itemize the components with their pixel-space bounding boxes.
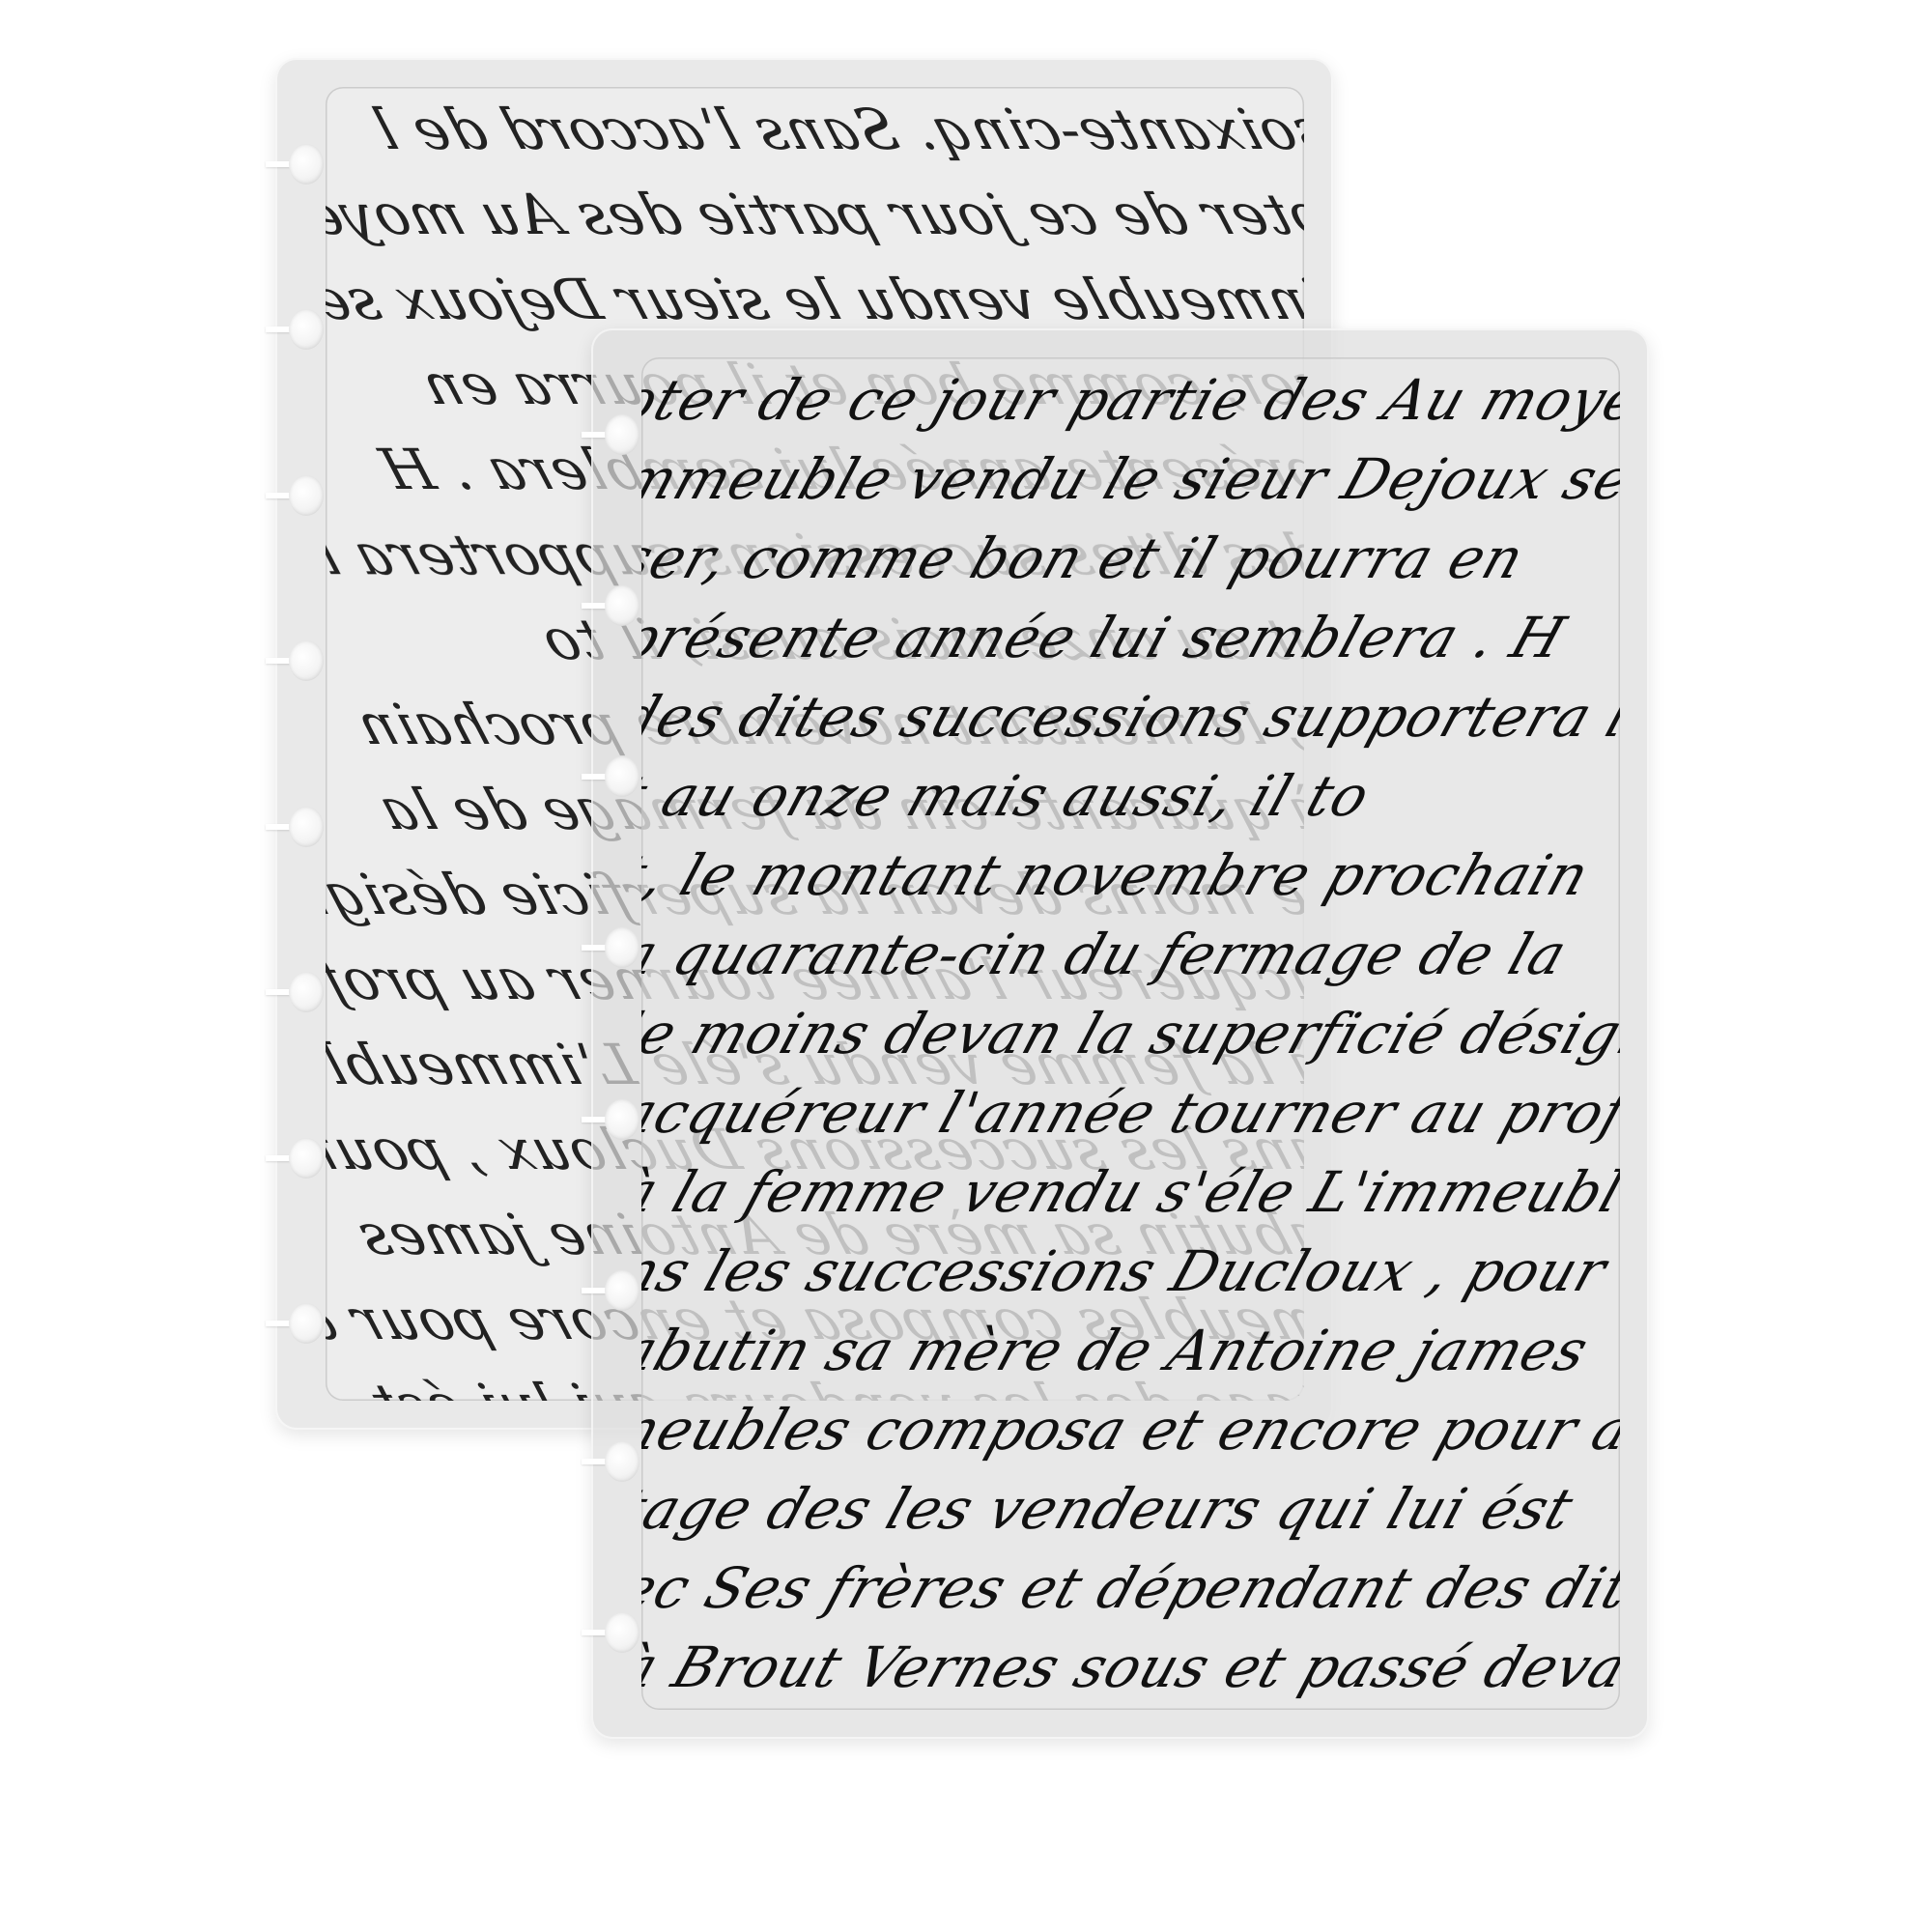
script-line: abutin sa mère de Antoine james (641, 1318, 1597, 1383)
script-line: ser, comme bon et il pourra en (641, 526, 1533, 591)
script-line: mmeuble vendu le sieur Dejoux ser (641, 446, 1620, 512)
disc-notch (266, 309, 324, 350)
script-line: ec Ses frères et dépendant des dites (641, 1555, 1620, 1621)
disc-notch (266, 972, 324, 1012)
disc-notch (582, 756, 639, 797)
script-line: présente année lui semblera . H (641, 605, 1574, 670)
front-sheet-script: oter de ce jour partie des Au moyenmmeub… (641, 357, 1620, 1710)
script-line: tage des les vendeurs qui lui ést (641, 1476, 1582, 1542)
script-line: inmeuble vendu le sieur Dejoux ser (326, 267, 1304, 332)
disc-notch (266, 640, 324, 681)
script-line: acquéreur l'année tourner au profit (641, 1080, 1620, 1146)
disc-notch (266, 144, 324, 185)
disc-notch (582, 585, 639, 626)
script-line: oter de ce jour partie des Au moyen (641, 367, 1620, 433)
disc-notch (266, 1303, 324, 1344)
script-line: à Brout Vernes sous et passé devan (641, 1634, 1620, 1700)
script-line: le moins devan la superficié désign (641, 1001, 1620, 1066)
script-line: ns les successions Ducloux , pour (641, 1238, 1615, 1304)
script-line: t au onze mais aussi, il to (641, 763, 1378, 829)
disc-notch (582, 414, 639, 455)
disc-notch (266, 807, 324, 847)
disc-notch (582, 1441, 639, 1482)
disc-notch (582, 1270, 639, 1311)
script-line: des dites successions supportera le bai (641, 684, 1620, 750)
front-planner-sheet: oter de ce jour partie des Au moyenmmeub… (591, 328, 1649, 1739)
script-line: oter de ce jour partie des Au moyen (326, 182, 1304, 247)
disc-notch (582, 1612, 639, 1653)
front-sheet-print-area: oter de ce jour partie des Au moyenmmeub… (641, 357, 1620, 1710)
disc-notch (266, 1138, 324, 1179)
script-line: t, le montant novembre prochain (641, 842, 1598, 908)
script-line: neubles composa et encore pour avoir (641, 1397, 1620, 1463)
script-line: soixante-cinq. Sans l'accord de l (365, 97, 1304, 162)
script-line: a quarante-cin du fermage de la (641, 922, 1576, 987)
disc-notch (582, 927, 639, 968)
disc-notch (582, 1099, 639, 1140)
disc-notch (266, 475, 324, 516)
script-line: à la femme vendu s'éle L'immeuble (641, 1159, 1620, 1225)
